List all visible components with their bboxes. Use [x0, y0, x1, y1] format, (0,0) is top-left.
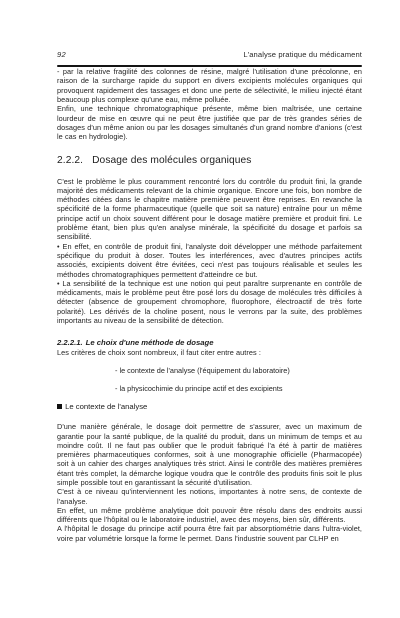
paragraph-hospital-dosage: A l'hôpital le dosage du principe actif … — [57, 524, 362, 543]
paragraph-hospital-industry: En effet, un même problème analytique do… — [57, 506, 362, 525]
book-page: 92 L'analyse pratique du médicament - pa… — [0, 0, 400, 618]
paragraph-resin-columns: - par la relative fragilité des colonnes… — [57, 67, 362, 104]
list-item-physicochemistry: - la physicochimie du principe actif et … — [115, 384, 362, 393]
block-heading-label: Le contexte de l'analyse — [65, 402, 147, 412]
paragraph-general-dosage: D'une manière générale, le dosage doit p… — [57, 422, 362, 487]
square-bullet-icon — [57, 404, 62, 409]
block-heading-context: Le contexte de l'analyse — [57, 402, 362, 412]
paragraph-sensitivity: • La sensibilité de la technique est une… — [57, 279, 362, 325]
subsection-title: Le choix d'une méthode de dosage — [86, 338, 214, 347]
paragraph-specific-method: • En effet, en contrôle de produit fini,… — [57, 242, 362, 279]
paragraph-context-notions: C'est à ce niveau qu'interviennent les n… — [57, 487, 362, 506]
section-heading: 2.2.2.Dosage des molécules organiques — [57, 155, 362, 167]
subsection-heading: 2.2.2.1.Le choix d'une méthode de dosage — [57, 338, 362, 348]
page-number: 92 — [57, 50, 66, 59]
running-title: L'analyse pratique du médicament — [243, 50, 362, 59]
list-item-context: - le contexte de l'analyse (l'équipement… — [115, 366, 362, 375]
paragraph-chromatography-technique: Enfin, une technique chromatographique p… — [57, 104, 362, 141]
page-header: 92 L'analyse pratique du médicament — [57, 50, 362, 59]
subsection-number: 2.2.2.1. — [57, 338, 83, 347]
section-title: Dosage des molécules organiques — [92, 155, 251, 166]
list-intro: Les critères de choix sont nombreux, il … — [57, 348, 362, 357]
section-number: 2.2.2. — [57, 155, 83, 166]
paragraph-product-control: C'est le problème le plus couramment ren… — [57, 177, 362, 242]
